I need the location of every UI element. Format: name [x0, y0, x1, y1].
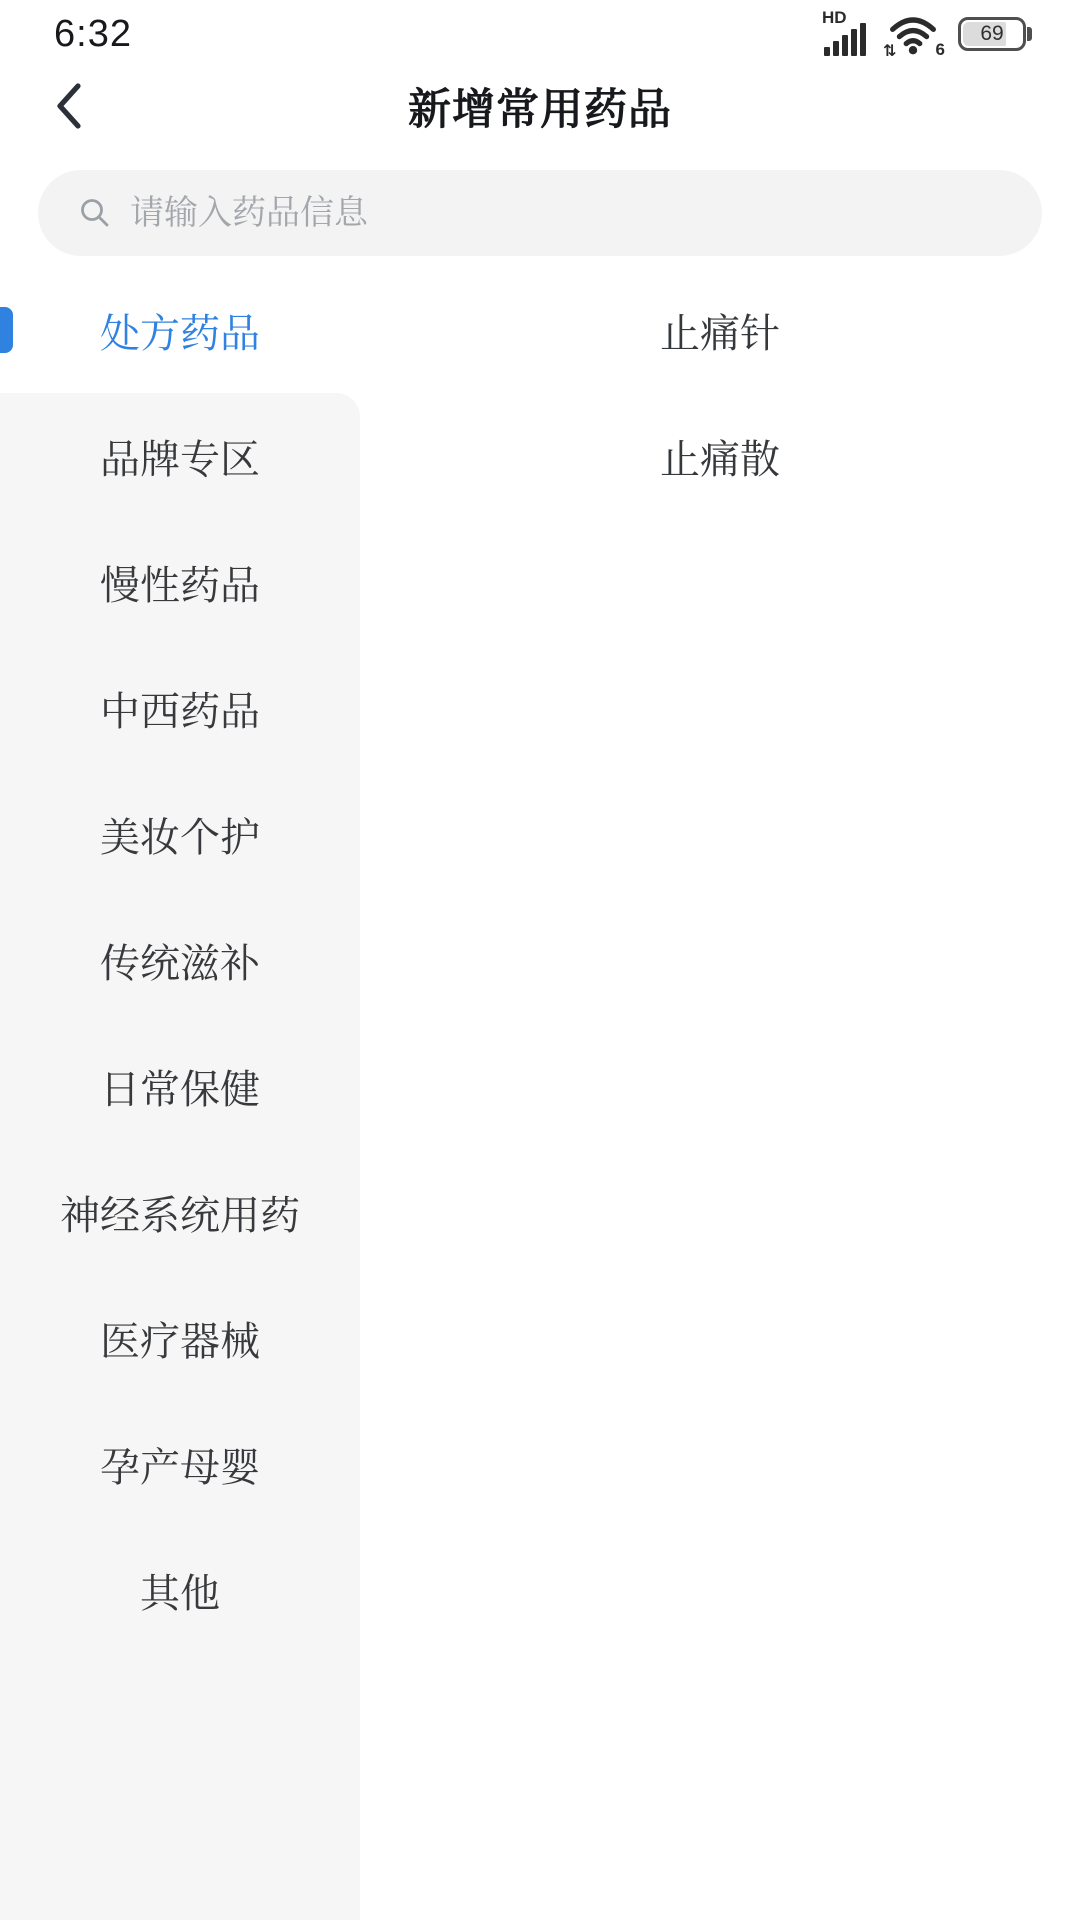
category-label: 处方药品: [100, 302, 260, 359]
clock: 6:32: [54, 13, 132, 56]
header: 新增常用药品: [0, 64, 1080, 148]
category-item[interactable]: 日常保健: [0, 1023, 360, 1149]
category-label: 美妆个护: [100, 806, 260, 863]
category-label: 孕产母婴: [100, 1436, 260, 1493]
product-label: 止痛针: [660, 302, 780, 359]
selected-indicator: [0, 307, 13, 353]
product-label: 止痛散: [660, 428, 780, 485]
search-icon: [78, 196, 112, 230]
product-list: 止痛针 止痛散: [360, 267, 1080, 1920]
category-label: 医疗器械: [100, 1310, 260, 1367]
category-label: 品牌专区: [100, 428, 260, 485]
category-item[interactable]: 孕产母婴: [0, 1401, 360, 1527]
search-bar[interactable]: [38, 170, 1042, 256]
wifi-icon: ⇅ 6: [887, 7, 943, 61]
wifi6-badge: 6: [936, 40, 945, 60]
category-item[interactable]: 其他: [0, 1527, 360, 1653]
category-label: 日常保健: [100, 1058, 260, 1115]
category-label: 传统滋补: [100, 932, 260, 989]
app-screen: 6:32 HD ⇅ 6 69: [0, 0, 1080, 1920]
status-bar: 6:32 HD ⇅ 6 69: [0, 0, 1080, 64]
category-item[interactable]: 处方药品: [0, 267, 360, 393]
category-label: 中西药品: [100, 680, 260, 737]
category-label: 神经系统用药: [60, 1184, 300, 1241]
back-chevron-icon: [51, 81, 87, 131]
category-sidebar: 处方药品 品牌专区 慢性药品 中西药品 美妆个护 传统滋补: [0, 267, 360, 1920]
content: 处方药品 品牌专区 慢性药品 中西药品 美妆个护 传统滋补: [0, 267, 1080, 1920]
signal-bars-icon: [824, 23, 866, 56]
product-item[interactable]: 止痛散: [360, 393, 1080, 519]
category-label: 其他: [140, 1562, 220, 1619]
page-title: 新增常用药品: [408, 76, 672, 137]
category-item[interactable]: 品牌专区: [0, 393, 360, 519]
status-icons: HD ⇅ 6 69: [824, 7, 1026, 61]
battery-percent: 69: [980, 22, 1003, 46]
signal-icon: HD: [824, 7, 872, 61]
product-item[interactable]: 止痛针: [360, 267, 1080, 393]
wifi-traffic-arrows-icon: ⇅: [883, 41, 896, 61]
category-item[interactable]: 慢性药品: [0, 519, 360, 645]
category-item[interactable]: 中西药品: [0, 645, 360, 771]
category-item[interactable]: 医疗器械: [0, 1275, 360, 1401]
category-item[interactable]: 神经系统用药: [0, 1149, 360, 1275]
search-input[interactable]: [130, 194, 1012, 233]
category-label: 慢性药品: [100, 554, 260, 611]
category-item[interactable]: 传统滋补: [0, 897, 360, 1023]
battery-icon: 69: [958, 17, 1026, 51]
category-item[interactable]: 美妆个护: [0, 771, 360, 897]
back-button[interactable]: [46, 77, 92, 135]
